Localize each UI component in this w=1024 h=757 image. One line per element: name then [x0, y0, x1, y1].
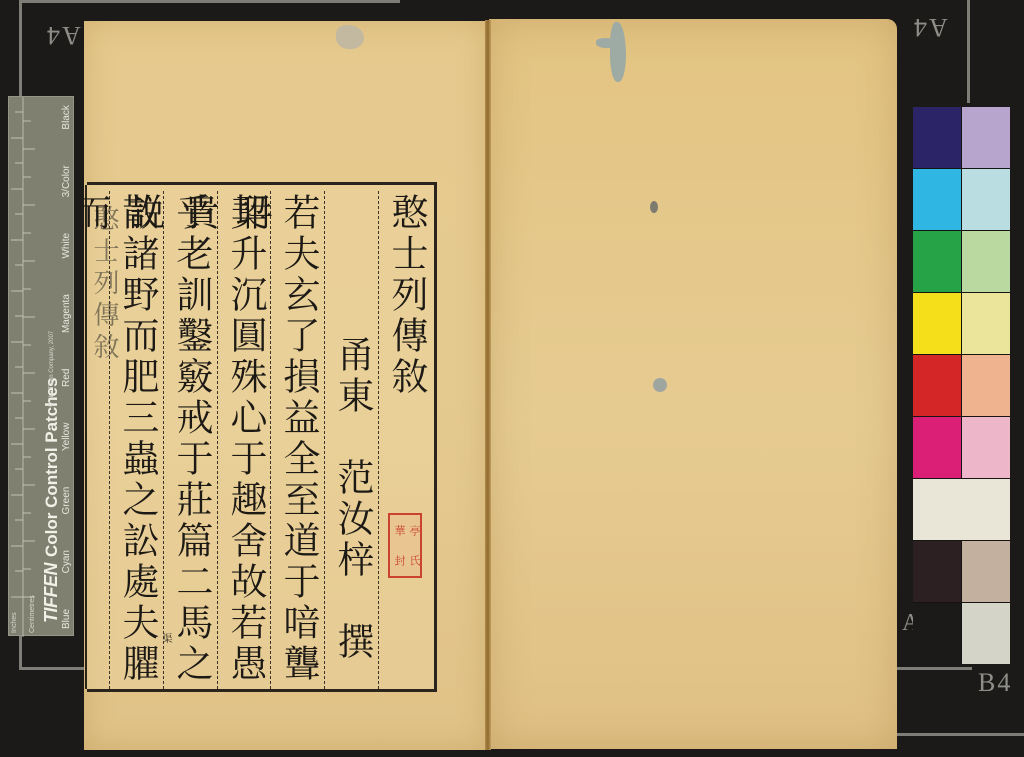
frame-line-bottom-left — [19, 667, 85, 670]
column-rule — [270, 191, 271, 689]
grid-label-top-left: A4 — [45, 20, 81, 50]
text-column-6: 散諸野而肥三蟲之訟處夫臞而 — [113, 193, 161, 688]
ruler-color-magenta: Magenta — [61, 294, 72, 333]
page-tear-right-2 — [596, 38, 618, 48]
tiffen-logo: TIFFEN — [41, 563, 61, 623]
ruler-color-names: Blue Cyan Green Yellow Red Magenta White… — [61, 97, 72, 637]
frame-line-top — [20, 0, 400, 3]
text-column-2-author: 甬東 范汝梓 撰 — [328, 335, 376, 685]
patch-cyan — [913, 169, 961, 230]
page-spot-2 — [653, 378, 667, 392]
patch-cyan-light — [962, 169, 1010, 230]
ruler-color-white: White — [61, 233, 72, 259]
book-right-page — [489, 19, 897, 749]
text-column-4: 契升沉圓殊心于趣舍故若愚貴 — [221, 193, 269, 688]
text-column-1-title: 憨士列傳敘 — [382, 193, 430, 688]
handwritten-annotation: 渠 — [158, 633, 173, 643]
column-rule — [109, 191, 110, 689]
printed-text-block: 散諸野而肥三蟲之訟處夫臞而 乎老訓鑿竅戒于莊篇二馬之説 契升沉圓殊心于趣舍故若愚… — [87, 182, 437, 692]
patch-green — [913, 231, 961, 292]
patch-blue-light — [962, 107, 1010, 168]
tiffen-color-ruler: Inches Centimetres TIFFENColor Control P… — [8, 96, 74, 636]
ruler-unit-inches: Inches — [11, 612, 18, 633]
block-left-rule — [85, 185, 87, 689]
color-control-patches — [913, 107, 1010, 662]
patch-yellow — [913, 293, 961, 354]
grid-label-bottom-right: B4 — [978, 668, 1012, 698]
red-collector-seal: 華 亭 封 氏 — [388, 513, 422, 578]
seal-char: 封 — [390, 546, 405, 577]
patch-3color-light — [962, 541, 1010, 602]
patch-yellow-light — [962, 293, 1010, 354]
patch-3color — [913, 541, 961, 602]
frame-line-right-lower — [897, 667, 972, 670]
column-rule — [378, 191, 379, 689]
book-gutter — [485, 20, 491, 750]
patch-magenta-light — [962, 417, 1010, 478]
ruler-brand: TIFFENColor Control Patches — [41, 378, 62, 623]
ruler-ticks — [9, 97, 39, 637]
grid-label-top-right: A4 — [912, 12, 948, 42]
patch-white — [913, 479, 1010, 540]
patch-black — [913, 603, 961, 664]
column-rule — [324, 191, 325, 689]
ruler-color-cyan: Cyan — [61, 550, 72, 573]
ruler-unit-centimetres: Centimetres — [29, 595, 36, 633]
patch-magenta — [913, 417, 961, 478]
seal-char: 氏 — [405, 546, 420, 577]
patch-gray-light — [962, 603, 1010, 664]
seal-char: 華 — [390, 515, 405, 546]
ruler-copyright: © The Tiffen Company, 2007 — [49, 331, 55, 407]
text-column-3: 若夫玄了損益全至道于喑聾耼 — [274, 193, 322, 688]
ruler-color-red: Red — [61, 369, 72, 387]
ruler-color-black: Black — [61, 105, 72, 129]
patch-red-light — [962, 355, 1010, 416]
ruler-color-blue: Blue — [61, 609, 72, 629]
column-rule — [163, 191, 164, 689]
column-rule — [217, 191, 218, 689]
ruler-color-green: Green — [61, 487, 72, 515]
ruler-color-yellow: Yellow — [61, 423, 72, 452]
frame-line-right — [967, 0, 970, 103]
page-spot — [650, 201, 658, 213]
page-tear-left — [336, 25, 364, 49]
frame-line-bottom-right — [897, 733, 1024, 736]
patch-green-light — [962, 231, 1010, 292]
patch-blue — [913, 107, 961, 168]
text-column-5: 乎老訓鑿竅戒于莊篇二馬之説 — [167, 193, 215, 688]
patch-red — [913, 355, 961, 416]
seal-char: 亭 — [405, 515, 420, 546]
